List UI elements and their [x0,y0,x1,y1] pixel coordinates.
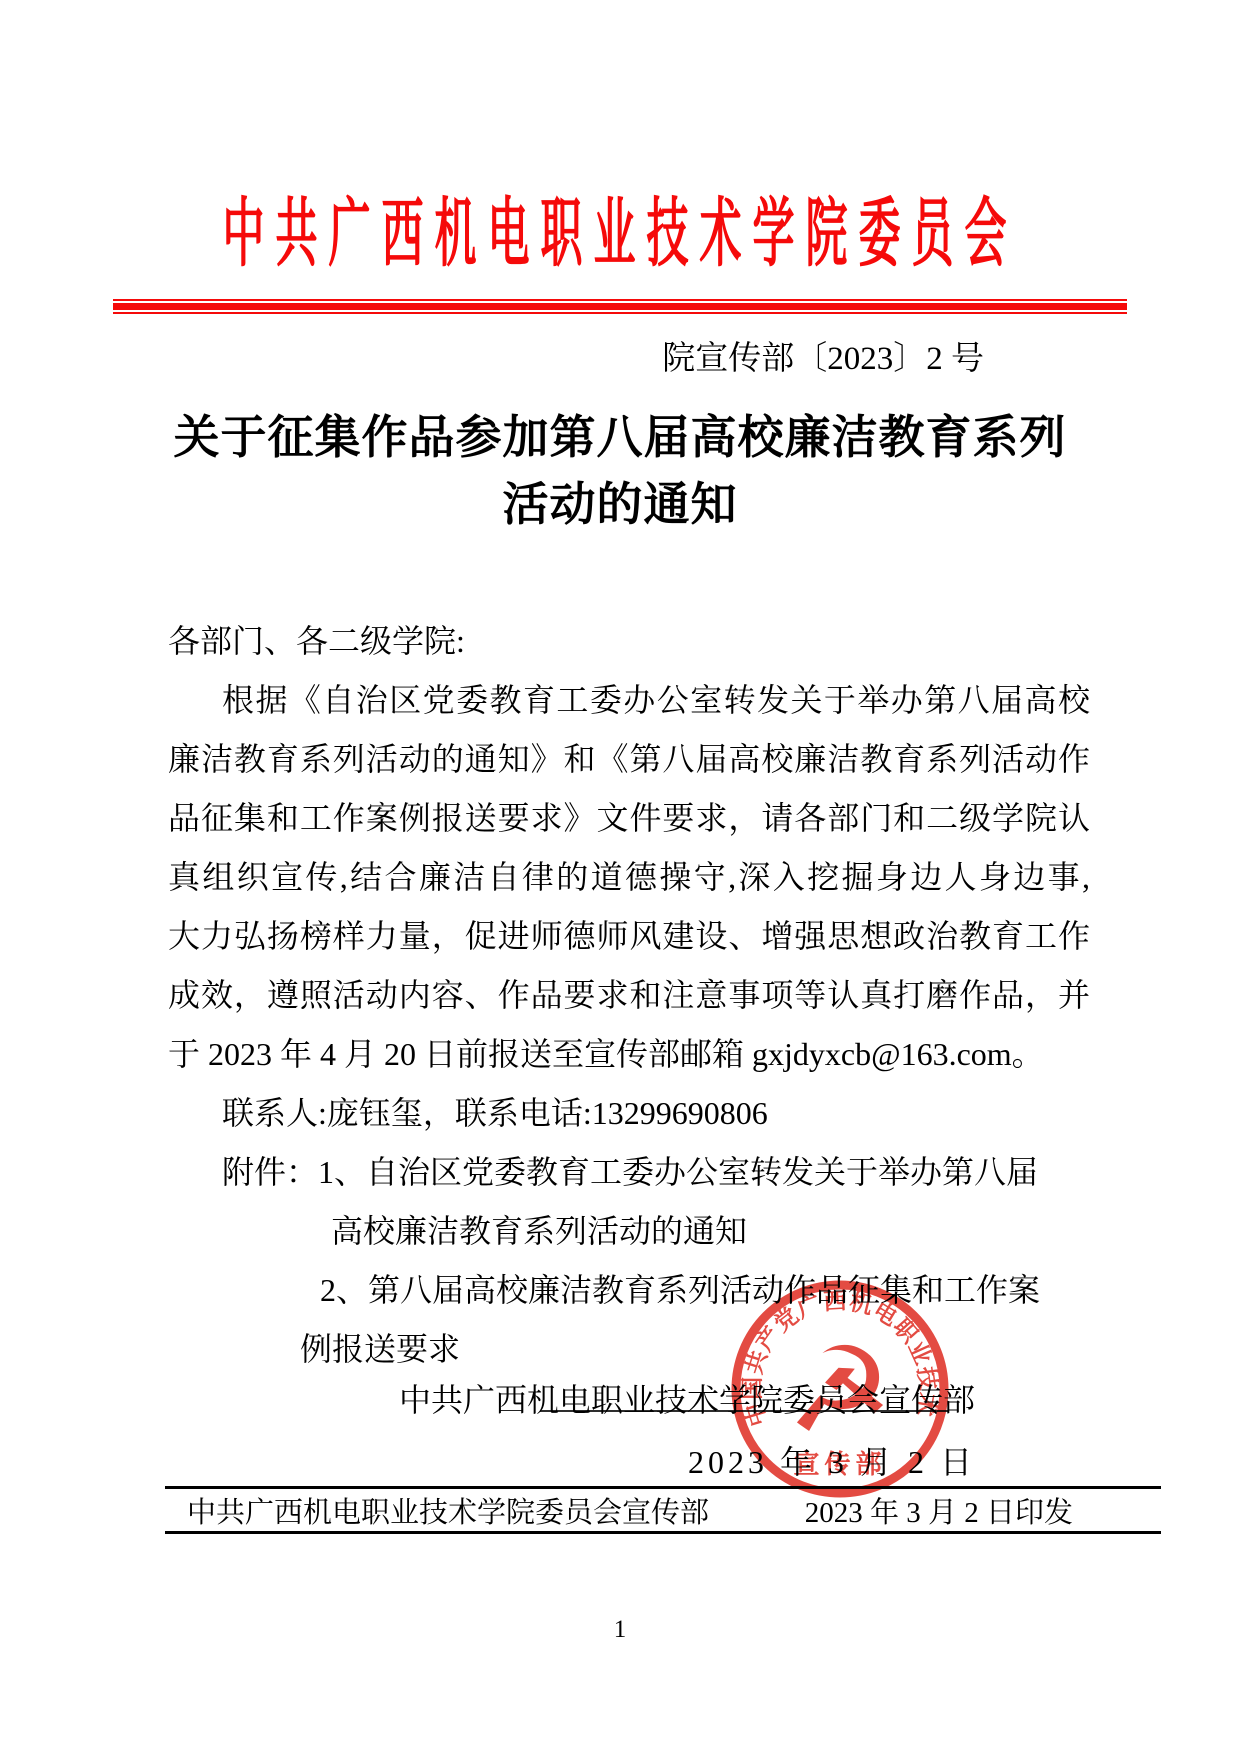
body-line: 品征集和工作案例报送要求》文件要求，请各部门和二级学院认 [168,789,1090,848]
contact-line: 联系人:庞钰玺，联系电话:13299690806 [168,1084,1090,1143]
body-line: 廉洁教育系列活动的通知》和《第八届高校廉洁教育系列活动作 [168,730,1090,789]
attachment-line-1b: 高校廉洁教育系列活动的通知 [168,1202,1090,1261]
attachment-line-2: 2、第八届高校廉洁教育系列活动作品征集和工作案 [168,1261,1090,1320]
document-title-line1: 关于征集作品参加第八届高校廉洁教育系列 [0,404,1240,471]
footer-strip: 中共广西机电职业技术学院委员会宣传部 2023 年 3 月 2 日印发 [165,1486,1161,1534]
footer-print-date: 2023 年 3 月 2 日印发 [805,1490,1161,1531]
salutation: 各部门、各二级学院: [168,612,1090,671]
body-line: 根据《自治区党委教育工委办公室转发关于举办第八届高校 [168,671,1090,730]
letterhead-rule [113,299,1127,314]
attachment-line-1: 附件：1、自治区党委教育工委办公室转发关于举办第八届 [168,1143,1090,1202]
document-title: 关于征集作品参加第八届高校廉洁教育系列 活动的通知 [0,404,1240,538]
attachment-line-2b: 例报送要求 [168,1320,1090,1379]
doc-number: 院宣传部〔2023〕2 号 [0,336,1240,382]
page-number: 1 [0,1616,1240,1644]
signature-date: 2023 年 3 月 2 日 [0,1438,1240,1486]
body-line: 真组织宣传,结合廉洁自律的道德操守,深入挖掘身边人身边事, [168,848,1090,907]
signature-org: 中共广西机电职业技术学院委员会宣传部 [0,1376,1240,1424]
body-line: 大力弘扬榜样力量，促进师德师风建设、增强思想政治教育工作 [168,907,1090,966]
body-line: 成效，遵照活动内容、作品要求和注意事项等认真打磨作品，并 [168,966,1090,1025]
body-line-deadline: 于 2023 年 4 月 20 日前报送至宣传部邮箱 gxjdyxcb@163.… [168,1025,1090,1084]
rule-thin-bottom [113,312,1127,314]
document-page: 中共广西机电职业技术学院委员会 院宣传部〔2023〕2 号 关于征集作品参加第八… [0,0,1240,1753]
footer-issuing-org: 中共广西机电职业技术学院委员会宣传部 [165,1490,709,1531]
body-text: 各部门、各二级学院: 根据《自治区党委教育工委办公室转发关于举办第八届高校 廉洁… [168,612,1090,1379]
document-title-line2: 活动的通知 [0,471,1240,538]
rule-thick [113,303,1127,310]
